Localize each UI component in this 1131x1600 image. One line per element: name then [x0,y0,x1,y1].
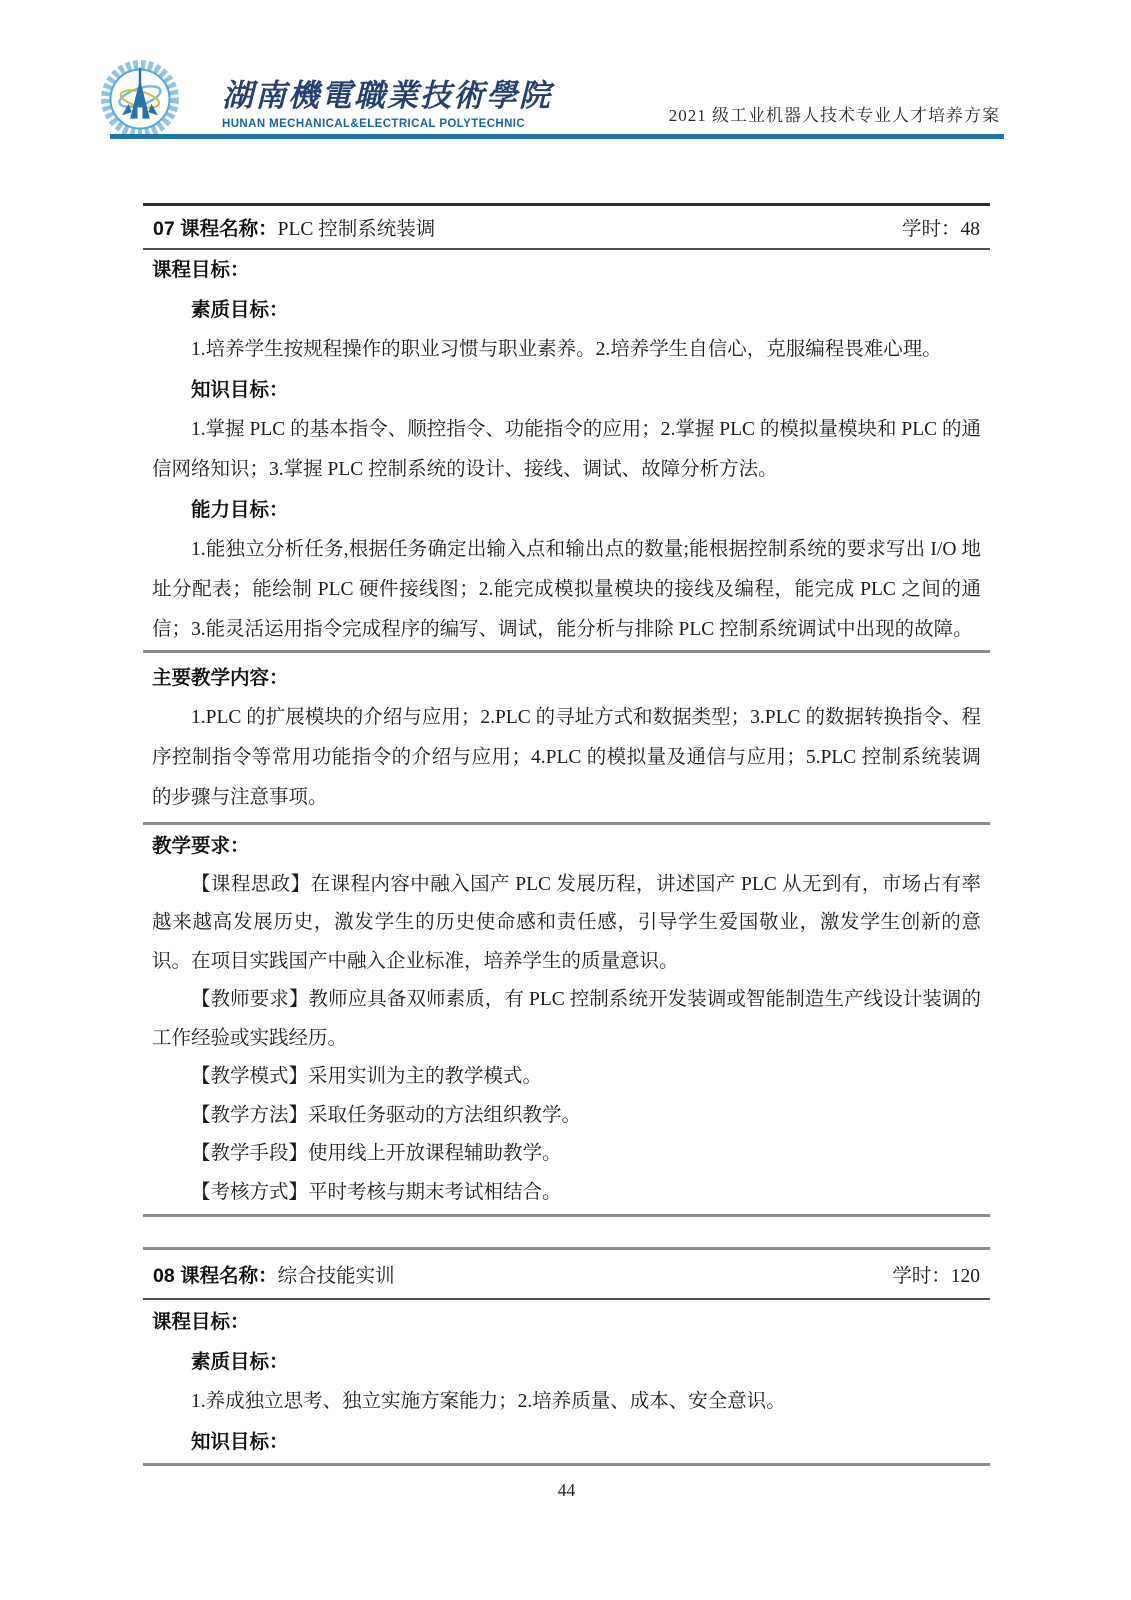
ability-goal-text: 1.能独立分析任务,根据任务确定出输入点和输出点的数量;能根据控制系统的要求写出… [152,530,981,650]
course07-objectives-block: 课程目标： 素质目标： 1.培养学生按规程操作的职业习惯与职业素养。2.培养学生… [143,250,990,650]
school-logo-icon [99,58,181,140]
course08-title-name: 综合技能实训 [278,1266,395,1287]
course08-title-row: 08 课程名称：综合技能实训 学时：120 [143,1247,990,1300]
course08-title: 08 课程名称：综合技能实训 [153,1260,395,1288]
school-logo-text: 湖南機電職業技術學院 HUNAN MECHANICAL&ELECTRICAL P… [222,70,552,130]
course07-teaching-content-block: 主要教学内容： 1.PLC 的扩展模块的介绍与应用；2.PLC 的寻址方式和数据… [143,650,990,822]
course07-hours: 学时：48 [902,213,980,241]
course08-objectives-block: 课程目标： 素质目标： 1.养成独立思考、独立实施方案能力；2.培养质量、成本、… [143,1300,990,1466]
requirement-item: 【教学方法】采取任务驱动的方法组织教学。 [152,1097,981,1136]
document-title: 2021 级工业机器人技术专业人才培养方案 [669,101,1000,126]
course07-title-name: PLC 控制系统装调 [278,219,436,240]
page-number: 44 [143,1480,990,1501]
document-page: 湖南機電職業技術學院 HUNAN MECHANICAL&ELECTRICAL P… [0,0,1131,1600]
quality-goal-text: 1.养成独立思考、独立实施方案能力；2.培养质量、成本、安全意识。 [152,1382,981,1422]
knowledge-goal-heading: 知识目标： [152,1422,981,1462]
teaching-content-text: 1.PLC 的扩展模块的介绍与应用；2.PLC 的寻址方式和数据类型；3.PLC… [152,698,981,818]
quality-goal-heading: 素质目标： [152,1342,981,1382]
teaching-content-heading: 主要教学内容： [152,658,981,698]
course07-title: 07 课程名称：PLC 控制系统装调 [153,213,435,241]
course08-hours: 学时：120 [892,1260,980,1288]
requirement-item: 【教学手段】使用线上开放课程辅助教学。 [152,1135,981,1174]
course07-title-label: 07 课程名称： [153,218,278,240]
ability-goal-heading: 能力目标： [152,490,981,530]
course08-title-label: 08 课程名称： [153,1265,278,1287]
page-content: 07 课程名称：PLC 控制系统装调 学时：48 课程目标： 素质目标： 1.培… [143,203,990,1501]
header-accent-rule [110,134,1004,139]
knowledge-goal-text: 1.掌握 PLC 的基本指令、顺控指令、功能指令的应用；2.掌握 PLC 的模拟… [152,410,981,490]
requirement-item: 【课程思政】在课程内容中融入国产 PLC 发展历程，讲述国产 PLC 从无到有，… [152,866,981,982]
requirement-item: 【教师要求】教师应具备双师素质，有 PLC 控制系统开发装调或智能制造生产线设计… [152,981,981,1058]
section-gap [143,1217,990,1247]
course07-teaching-requirements-block: 教学要求： 【课程思政】在课程内容中融入国产 PLC 发展历程，讲述国产 PLC… [143,822,990,1217]
quality-goal-text: 1.培养学生按规程操作的职业习惯与职业素养。2.培养学生自信心，克服编程畏难心理… [152,330,981,370]
objectives-heading: 课程目标： [152,250,981,290]
objectives-heading: 课程目标： [152,1302,981,1342]
quality-goal-heading: 素质目标： [152,290,981,330]
requirement-item: 【教学模式】采用实训为主的教学模式。 [152,1058,981,1097]
school-name-en: HUNAN MECHANICAL&ELECTRICAL POLYTECHNIC [222,118,552,130]
course07-title-row: 07 课程名称：PLC 控制系统装调 学时：48 [143,203,990,250]
teaching-requirements-heading: 教学要求： [152,827,981,866]
requirement-item: 【考核方式】平时考核与期末考试相结合。 [152,1174,981,1213]
knowledge-goal-heading: 知识目标： [152,370,981,410]
school-name-zh: 湖南機電職業技術學院 [222,70,552,115]
